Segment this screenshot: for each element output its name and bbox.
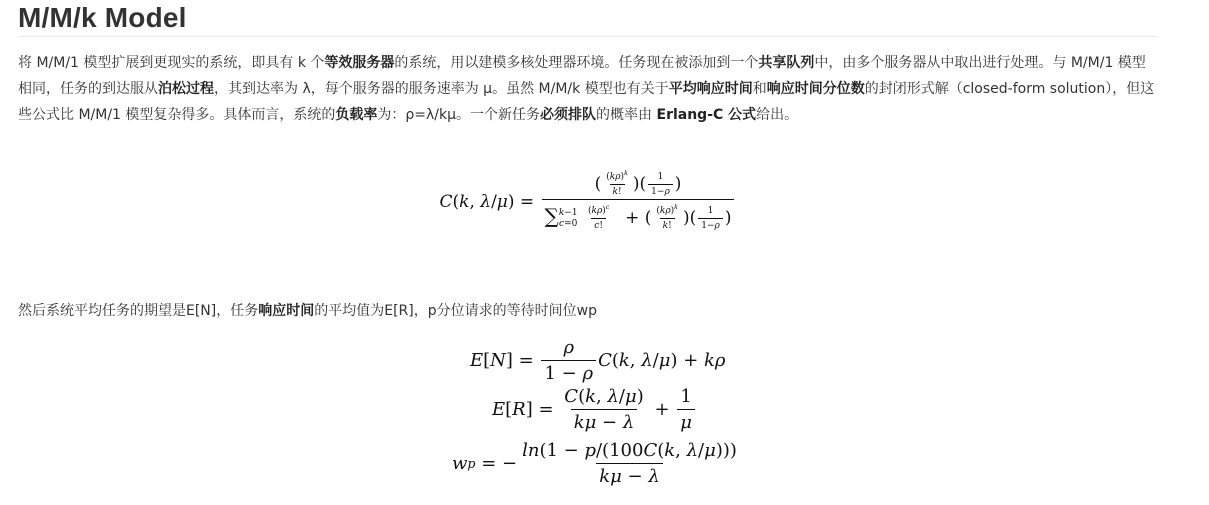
emphasized-term: 等效服务器: [324, 55, 394, 71]
text-run: 为：ρ=λ/kμ。一个新任务: [377, 107, 540, 123]
expected-tasks-formula: E[N] = ρ1 − ρ C(k, λ/μ) + kρ: [470, 337, 726, 384]
section-title: M/M/k Model: [18, 0, 1158, 34]
intro-paragraph: 将 M/M/1 模型扩展到更现实的系统，即具有 k 个等效服务器的系统，用以建模…: [18, 50, 1158, 128]
emphasized-term: 响应时间分位数: [767, 81, 865, 97]
text-run: 将 M/M/1 模型扩展到更现实的系统，即具有 k 个: [18, 55, 324, 71]
text-run: 的系统，用以建模多核处理器环境。任务现在被添加到一个: [394, 55, 758, 71]
text-run: 的概率由: [596, 107, 656, 123]
percentile-wait-formula: wp = − ln(1 − p/(100C(k, λ/μ)))kμ − λ: [452, 440, 742, 487]
expected-response-formula: E[R] = C(k, λ/μ)kμ − λ + 1μ: [492, 386, 697, 433]
text-run: 然后系统平均任务的期望是E[N]，任务: [18, 303, 258, 319]
emphasized-term: 泊松过程: [158, 81, 214, 97]
text-run: 和: [753, 81, 767, 97]
emphasized-term: Erlang-C 公式: [657, 107, 757, 123]
emphasized-term: 必须排队: [540, 107, 596, 123]
emphasized-term: 响应时间: [258, 303, 314, 319]
text-run: 的平均值为E[R]，p分位请求的等待时间位wp: [314, 303, 597, 319]
emphasized-term: 负载率: [335, 107, 377, 123]
emphasized-term: 共享队列: [758, 55, 814, 71]
erlang-c-formula: C(k, λ/μ) = ((kρ)kk!)(11−ρ) ∑k−1c=0 (kρ)…: [18, 172, 1158, 231]
followup-paragraph: 然后系统平均任务的期望是E[N]，任务响应时间的平均值为E[R]，p分位请求的等…: [18, 298, 1158, 324]
emphasized-term: 平均响应时间: [669, 81, 753, 97]
text-run: ，其到达率为 λ，每个服务器的服务速率为 μ。虽然 M/M/k 模型也有关于: [214, 81, 669, 97]
article: M/M/k Model 将 M/M/1 模型扩展到更现实的系统，即具有 k 个等…: [18, 0, 1158, 37]
title-divider: [18, 36, 1158, 37]
text-run: 给出。: [756, 107, 798, 123]
